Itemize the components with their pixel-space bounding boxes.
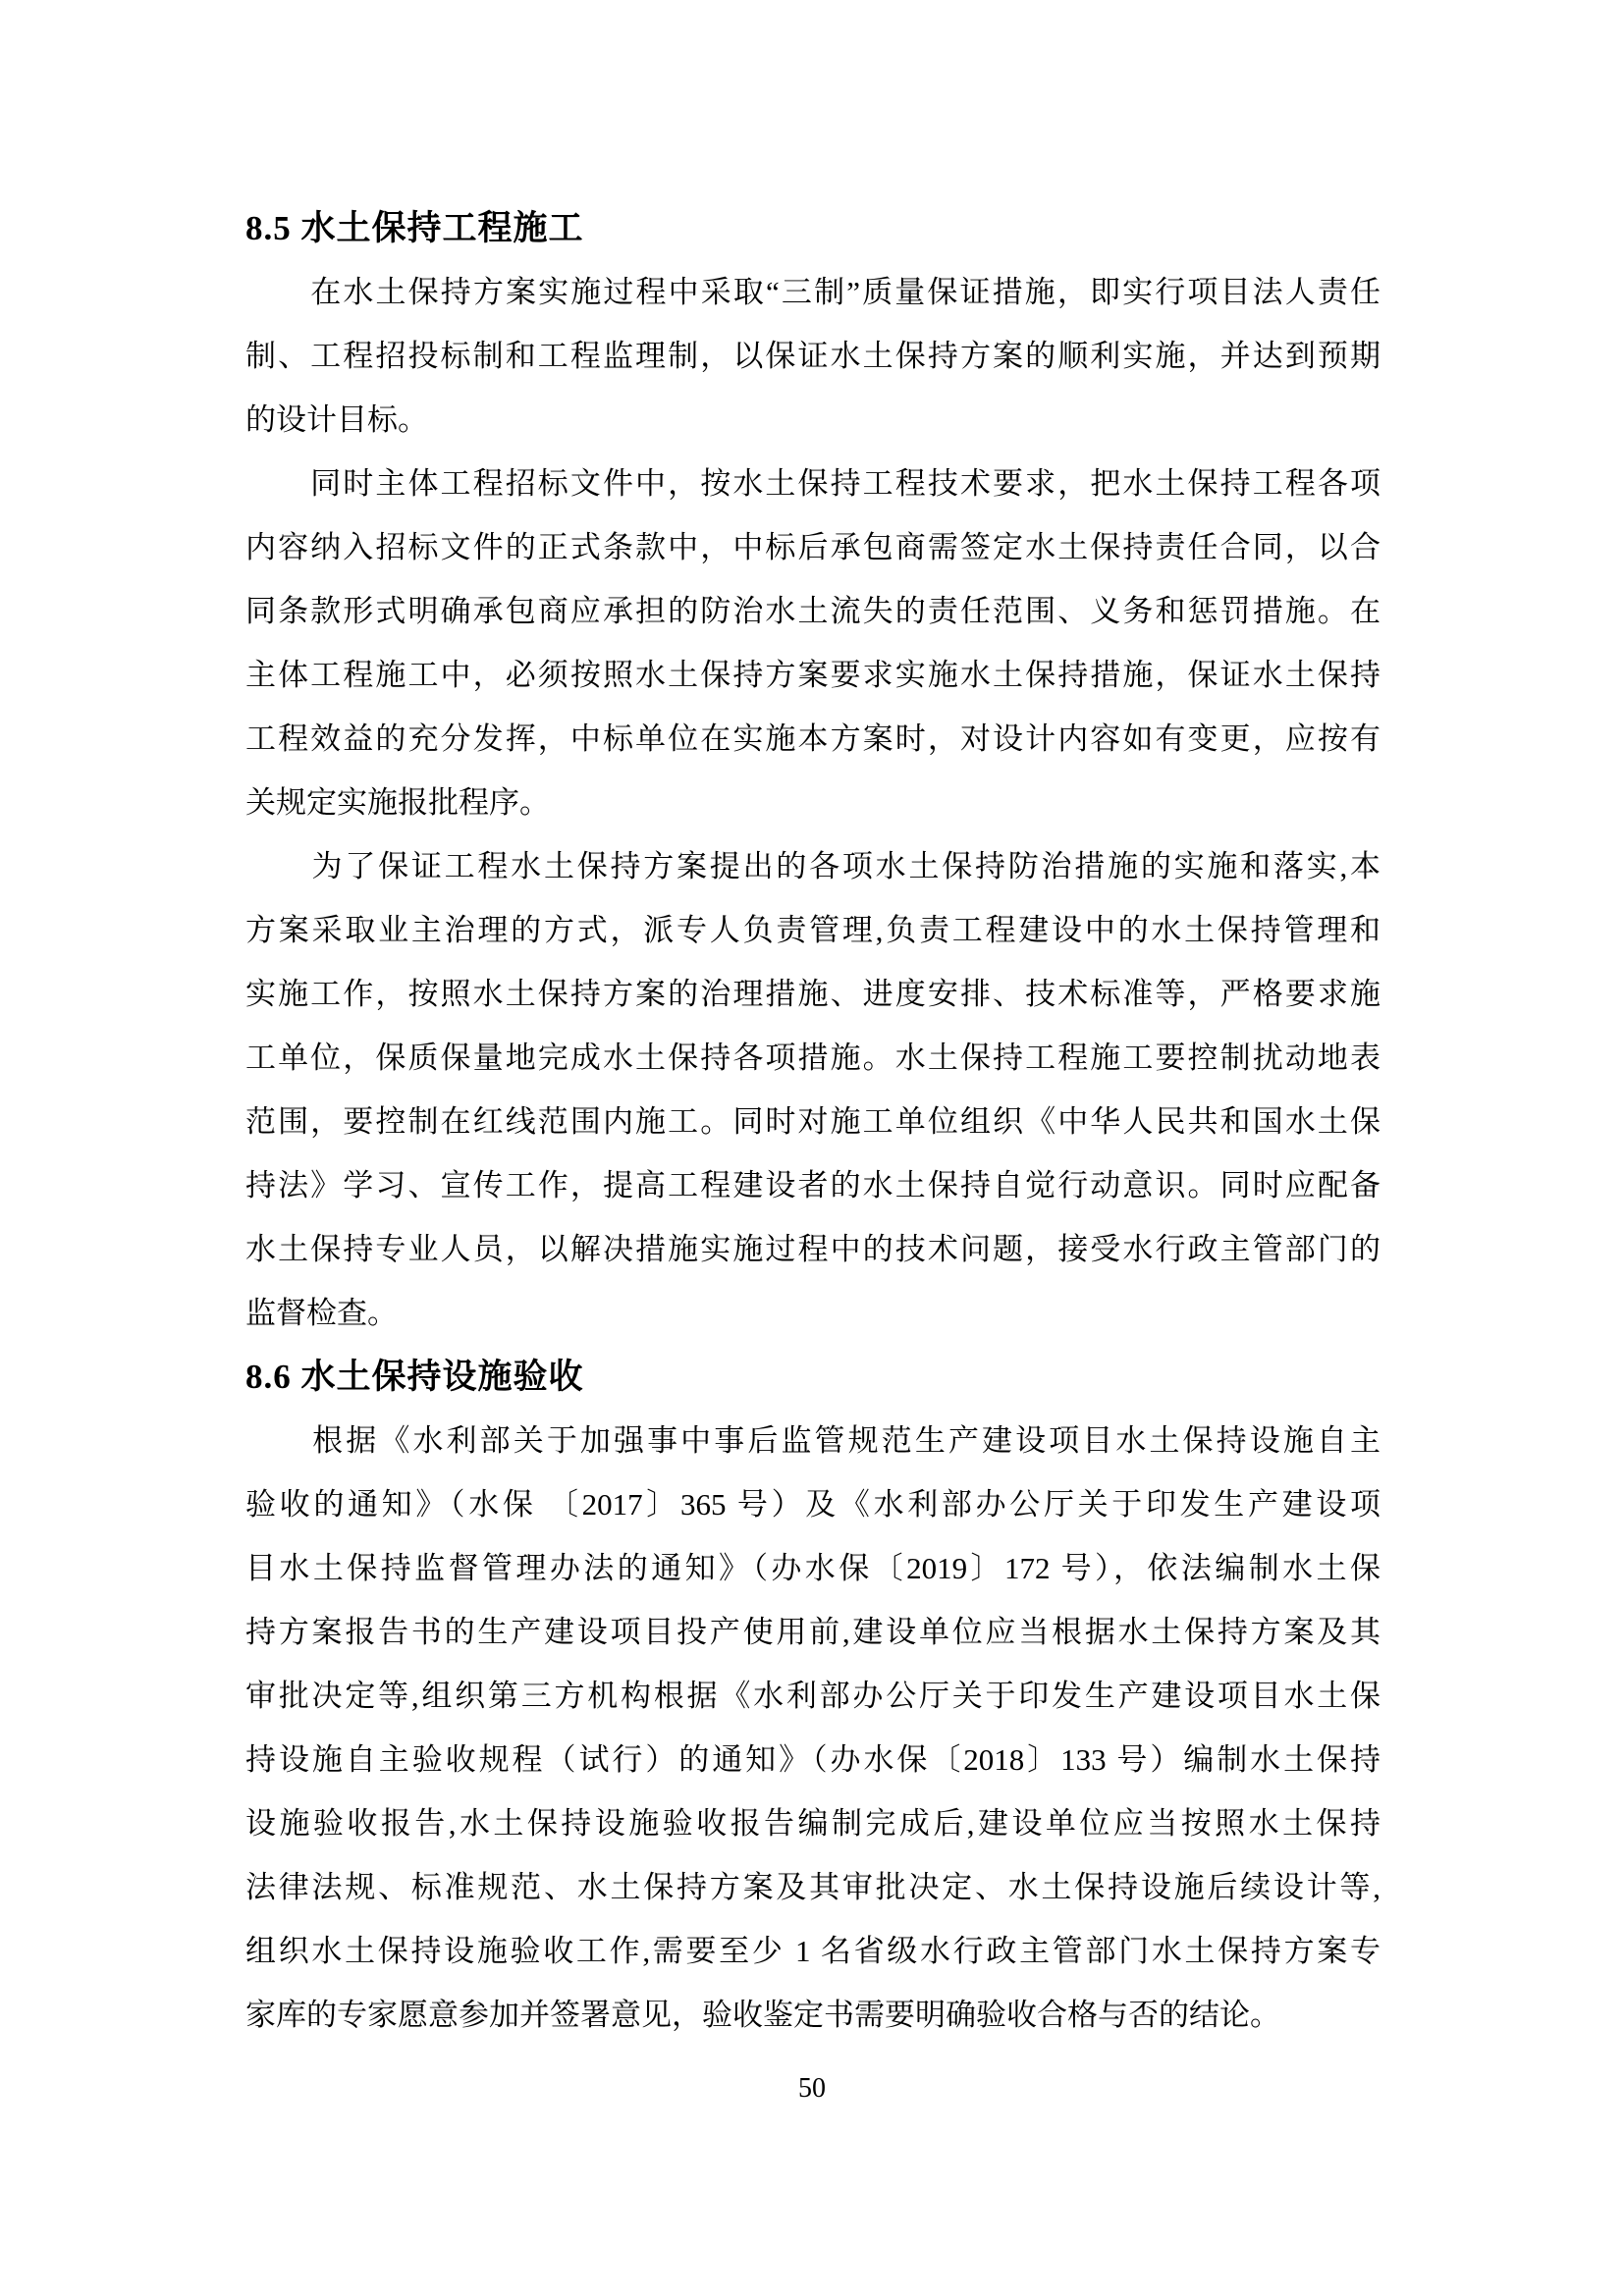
text-line: 范围，要控制在红线范围内施工。同时对施工单位组织《中华人民共和国水土保 bbox=[245, 1090, 1380, 1153]
text-line: 家库的专家愿意参加并签署意见，验收鉴定书需要明确验收合格与否的结论。 bbox=[245, 1983, 1380, 2047]
page-number: 50 bbox=[0, 2069, 1624, 2109]
text-line: 实施工作，按照水土保持方案的治理措施、进度安排、技术标准等，严格要求施 bbox=[245, 962, 1380, 1026]
paragraph-owner-management: 为了保证工程水土保持方案提出的各项水土保持防治措施的实施和落实,本 方案采取业主… bbox=[245, 834, 1380, 1345]
text-line: 持设施自主验收规程（试行）的通知》（办水保〔2018〕133 号）编制水土保持 bbox=[245, 1728, 1380, 1791]
text-line: 为了保证工程水土保持方案提出的各项水土保持防治措施的实施和落实,本 bbox=[245, 834, 1380, 898]
text-line: 组织水土保持设施验收工作,需要至少 1 名省级水行政主管部门水土保持方案专 bbox=[245, 1919, 1380, 1983]
text-line: 法律法规、标准规范、水土保持方案及其审批决定、水土保持设施后续设计等, bbox=[245, 1855, 1380, 1919]
text-line: 根据《水利部关于加强事中事后监管规范生产建设项目水土保持设施自主 bbox=[245, 1409, 1380, 1472]
text-line: 关规定实施报批程序。 bbox=[245, 771, 1380, 834]
text-line: 水土保持专业人员，以解决措施实施过程中的技术问题，接受水行政主管部门的 bbox=[245, 1217, 1380, 1281]
section-heading-8-5: 8.5 水土保持工程施工 bbox=[245, 196, 1380, 260]
text-line: 内容纳入招标文件的正式条款中，中标后承包商需签定水土保持责任合同，以合 bbox=[245, 515, 1380, 579]
section-heading-8-6: 8.6 水土保持设施验收 bbox=[245, 1345, 1380, 1409]
text-line: 验收的通知》（水保 〔2017〕365 号）及《水利部办公厅关于印发生产建设项 bbox=[245, 1472, 1380, 1536]
text-line: 工单位，保质保量地完成水土保持各项措施。水土保持工程施工要控制扰动地表 bbox=[245, 1026, 1380, 1090]
paragraph-quality-assurance: 在水土保持方案实施过程中采取“三制”质量保证措施，即实行项目法人责任 制、工程招… bbox=[245, 260, 1380, 452]
text-line: 持法》学习、宣传工作，提高工程建设者的水土保持自觉行动意识。同时应配备 bbox=[245, 1153, 1380, 1217]
document-page: 8.5 水土保持工程施工 在水土保持方案实施过程中采取“三制”质量保证措施，即实… bbox=[0, 0, 1624, 2296]
text-line: 持方案报告书的生产建设项目投产使用前,建设单位应当根据水土保持方案及其 bbox=[245, 1600, 1380, 1664]
paragraph-bidding-documents: 同时主体工程招标文件中，按水土保持工程技术要求，把水土保持工程各项 内容纳入招标… bbox=[245, 452, 1380, 834]
text-line: 方案采取业主治理的方式，派专人负责管理,负责工程建设中的水土保持管理和 bbox=[245, 898, 1380, 962]
text-line: 审批决定等,组织第三方机构根据《水利部办公厅关于印发生产建设项目水土保 bbox=[245, 1664, 1380, 1728]
text-line: 主体工程施工中，必须按照水土保持方案要求实施水土保持措施，保证水土保持 bbox=[245, 643, 1380, 707]
text-line: 制、工程招投标制和工程监理制，以保证水土保持方案的顺利实施，并达到预期 bbox=[245, 324, 1380, 388]
text-line: 同条款形式明确承包商应承担的防治水土流失的责任范围、义务和惩罚措施。在 bbox=[245, 579, 1380, 643]
text-line: 监督检查。 bbox=[245, 1281, 1380, 1345]
text-line: 的设计目标。 bbox=[245, 388, 1380, 452]
text-column: 8.5 水土保持工程施工 在水土保持方案实施过程中采取“三制”质量保证措施，即实… bbox=[245, 196, 1380, 2047]
text-line: 目水土保持监督管理办法的通知》（办水保〔2019〕172 号），依法编制水土保 bbox=[245, 1536, 1380, 1600]
text-line: 在水土保持方案实施过程中采取“三制”质量保证措施，即实行项目法人责任 bbox=[245, 260, 1380, 324]
text-line: 同时主体工程招标文件中，按水土保持工程技术要求，把水土保持工程各项 bbox=[245, 452, 1380, 515]
text-line: 工程效益的充分发挥，中标单位在实施本方案时，对设计内容如有变更，应按有 bbox=[245, 707, 1380, 771]
paragraph-acceptance-procedure: 根据《水利部关于加强事中事后监管规范生产建设项目水土保持设施自主 验收的通知》（… bbox=[245, 1409, 1380, 2047]
text-line: 设施验收报告,水土保持设施验收报告编制完成后,建设单位应当按照水土保持 bbox=[245, 1791, 1380, 1855]
